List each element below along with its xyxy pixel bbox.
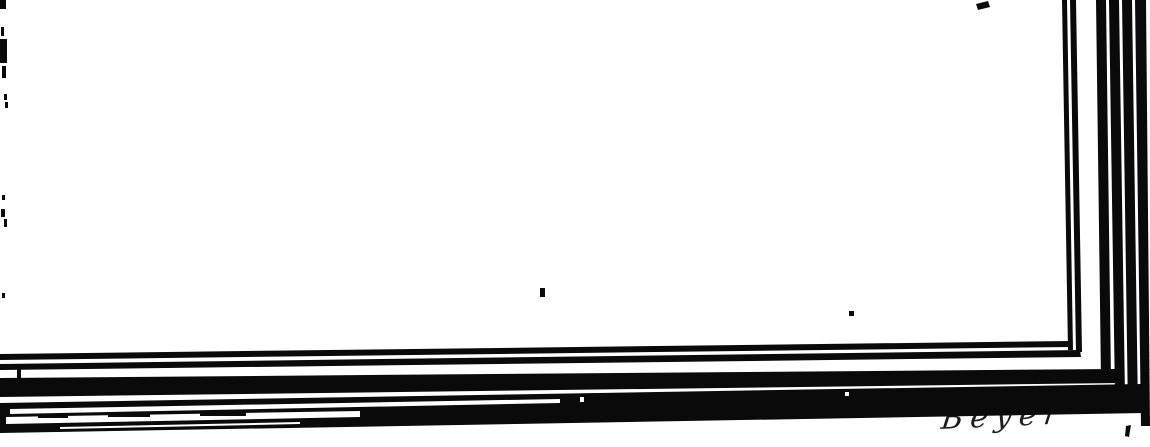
band-ink-dash-3 <box>200 412 246 416</box>
left-edge-fragment-8 <box>1 209 5 217</box>
left-edge-fragment-10 <box>2 293 5 298</box>
plate-frame-border <box>0 0 1150 447</box>
band-white-speck-2 <box>845 392 849 396</box>
engraver-signature: Beyer <box>938 388 1150 446</box>
left-edge-fragment-1 <box>0 0 6 9</box>
left-edge-fragment-5 <box>4 94 7 100</box>
band-white-speck-1 <box>580 397 584 402</box>
ink-speck-center-dot <box>540 288 545 297</box>
left-edge-fragment-2 <box>1 27 4 36</box>
band-ink-dash-1 <box>38 414 68 418</box>
band-ink-dash-2 <box>108 413 150 417</box>
left-edge-fragment-9 <box>4 219 7 227</box>
frame-rule-right-outer-3 <box>1122 0 1138 412</box>
ink-spur-mark <box>17 368 21 380</box>
left-edge-fragment-7 <box>2 195 5 200</box>
left-edge-fragment-3 <box>0 39 7 63</box>
ink-speck-top-dash <box>976 1 990 10</box>
left-edge-fragment-4 <box>2 66 6 78</box>
frame-rule-right-outer-2 <box>1109 0 1125 398</box>
scanned-plate-page: Beyer <box>0 0 1150 447</box>
left-edge-fragment-6 <box>5 102 8 108</box>
ink-speck-right-dot <box>849 311 854 316</box>
frame-rule-right-outer-1 <box>1096 0 1111 380</box>
